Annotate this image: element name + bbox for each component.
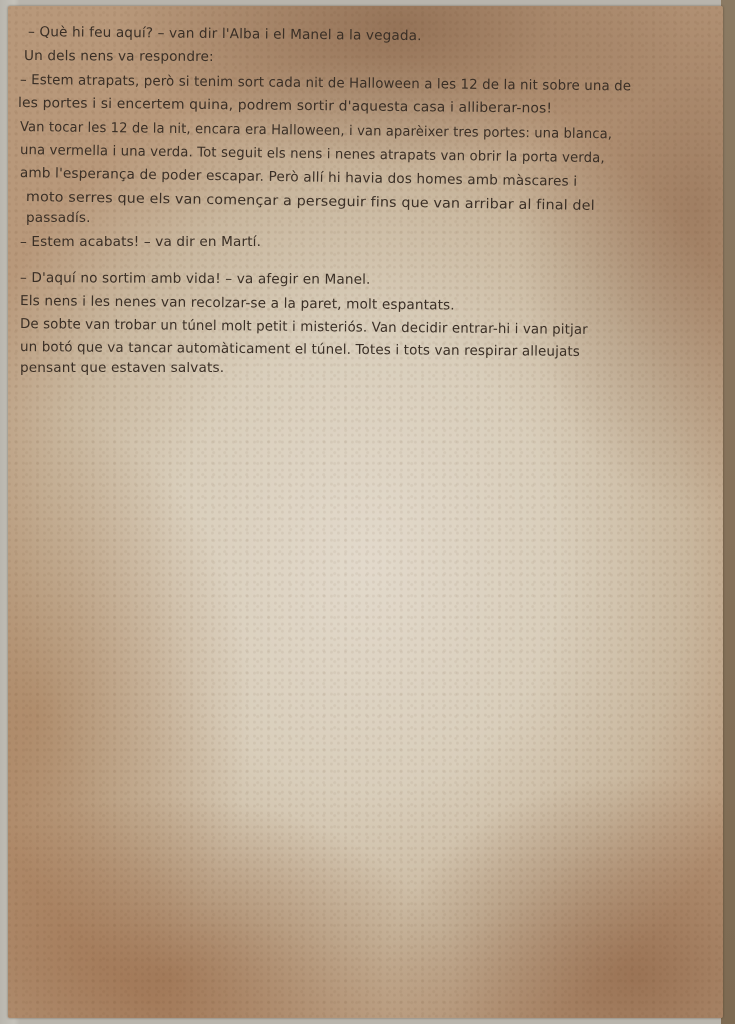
- text-line: – Estem acabats! – va dir en Martí.: [20, 234, 261, 250]
- text-line: pensant que estaven salvats.: [20, 360, 224, 376]
- text-line: passadís.: [26, 210, 91, 226]
- text-line: – D'aquí no sortim amb vida! – va afegir…: [20, 270, 371, 288]
- aged-paper-sheet: – Què hi feu aquí? – van dir l'Alba i el…: [8, 6, 723, 1018]
- text-line: Un dels nens va respondre:: [24, 48, 214, 65]
- wooden-table-edge: [721, 0, 735, 1024]
